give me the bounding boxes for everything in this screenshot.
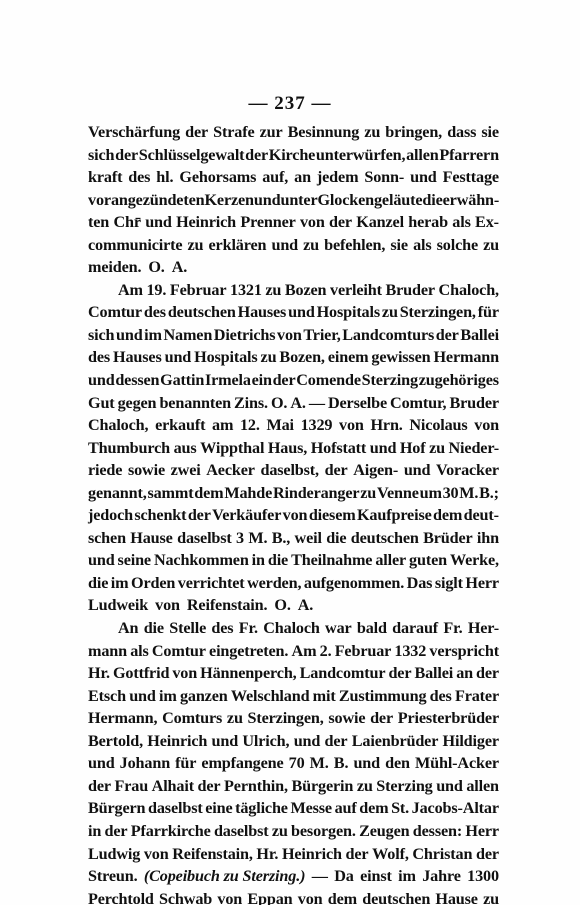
word: der: [476, 662, 499, 685]
word: 2.: [320, 640, 332, 663]
word: einem: [328, 346, 369, 369]
word: Aecker: [206, 459, 255, 482]
word: deutschen: [362, 888, 430, 905]
word: und: [116, 324, 143, 347]
word: Gut: [88, 392, 115, 415]
word: eine: [205, 797, 232, 820]
line-words: derFrauAlhaitderPernthin,BürgerinzuSterz…: [88, 775, 499, 798]
word: im: [144, 324, 162, 347]
text-line: ThumburchausWippthalHaus,HofstattundHofz…: [88, 437, 499, 460]
line-words: undseineNachkommenindieTheilnahmeallergu…: [88, 549, 499, 572]
text-line: genannt,sammtdemMahdeRinderangerzuVenneu…: [88, 482, 499, 505]
word: Pfarrkirche: [131, 820, 211, 843]
word: und: [353, 752, 380, 775]
text-line: LudweikvonReifenstain.O.A.: [88, 594, 499, 617]
word: Reifenstain,: [172, 843, 252, 866]
line-words: kraftdeshl.Gehorsamsauf,anjedemSonn-undF…: [88, 166, 499, 189]
word: Mühl-Acker: [415, 752, 499, 775]
line-words: genannt,sammtdemMahdeRinderangerzuVenneu…: [88, 482, 499, 505]
line-words: vorangezündetenKerzenundunterGlockengelä…: [88, 189, 499, 212]
word: verspricht: [429, 640, 499, 663]
word: Comtur,: [390, 392, 446, 415]
word: war: [325, 617, 352, 640]
word: auf: [335, 797, 357, 820]
word: und: [165, 346, 192, 369]
word: sich: [88, 324, 114, 347]
line-words: BürgerndaselbsteinetäglicheMesseaufdemSt…: [88, 797, 499, 820]
word: zu: [303, 234, 319, 257]
line-words: VerschärfungderStrafezurBesinnungzubring…: [88, 121, 499, 144]
word: Comturs: [162, 707, 222, 730]
word: im: [398, 865, 416, 888]
word: tägliche: [235, 797, 288, 820]
line-words: ComturdesdeutschenHausesundHospitalszuSt…: [88, 301, 499, 324]
text-line: Chaloch,erkauftam12.Mai1329vonHrn.Nicola…: [88, 414, 499, 437]
word: Perchtold: [88, 888, 154, 905]
word: O.: [274, 594, 290, 617]
word: dem: [433, 504, 462, 527]
word: Pfarrern: [439, 144, 499, 167]
word: Hause: [435, 888, 477, 905]
word: Besinnung: [288, 121, 360, 144]
word: im: [159, 685, 177, 708]
line-words: Chaloch,erkauftam12.Mai1329vonHrn.Nicola…: [88, 414, 499, 437]
text-line: BürgerndaselbsteinetäglicheMesseaufdemSt…: [88, 797, 499, 820]
line-words: riedesowiezweiAeckerdaselbst,derAigen-un…: [88, 459, 499, 482]
line-words: unddessenGattinIrmelaeinderComendeSterzi…: [88, 369, 499, 392]
text-line: Hr.GottfridvonHännenperch,LandcomturderB…: [88, 662, 499, 685]
word: Bertold,: [88, 730, 143, 753]
book-page: — 237 — VerschärfungderStrafezurBesinnun…: [0, 0, 580, 905]
word: einst: [360, 865, 392, 888]
word: deut-: [464, 504, 499, 527]
line-words: LudweikvonReifenstain.O.A.: [88, 594, 499, 617]
line-words: mannalsComtureingetreten.Am2.Februar1332…: [88, 640, 499, 663]
word: Trier,: [303, 324, 340, 347]
text-line: derFrauAlhaitderPernthin,BürgerinzuSterz…: [88, 775, 499, 798]
word: Bruder: [449, 392, 498, 415]
word: für: [175, 752, 196, 775]
text-line: sichderSchlüsselgewaltderKircheunterwürf…: [88, 144, 499, 167]
word: und: [212, 730, 239, 753]
word: O.: [271, 392, 287, 415]
word: im: [111, 572, 129, 595]
word: daselbst,: [260, 459, 318, 482]
line-words: LudwigvonReifenstain,Hr.HeinrichderWolf,…: [88, 843, 499, 866]
word: benannten: [159, 392, 231, 415]
word: B.;: [479, 482, 499, 505]
word: Fr.: [239, 617, 258, 640]
word: Aigen-: [353, 459, 398, 482]
word: Ex-: [475, 211, 499, 234]
word: von: [172, 662, 197, 685]
word: Hause: [130, 527, 172, 550]
word: Hrn.: [370, 414, 402, 437]
word: Jahre: [422, 865, 461, 888]
word: solche: [437, 234, 478, 257]
word: verrichtet: [178, 572, 245, 595]
word: 19.: [146, 279, 166, 302]
word: Bozen,: [279, 346, 324, 369]
text-line: meiden.O.A.: [88, 256, 499, 279]
word: Johann: [120, 752, 170, 775]
text-line: inderPfarrkirchedaselbstzubesorgen.Zeuge…: [88, 820, 499, 843]
line-words: sichundimNamenDietrichsvonTrier,Landcomt…: [88, 324, 499, 347]
word: an: [294, 166, 311, 189]
word: erwähn-: [443, 189, 500, 212]
word: Alhait: [152, 775, 194, 798]
word: Prenner: [240, 211, 295, 234]
word: Gehorsams: [179, 166, 256, 189]
text-line: dieimOrdenverrichtetwerden,aufgenommen.D…: [88, 572, 499, 595]
word: mit: [313, 685, 336, 708]
text-line: Bertold,HeinrichundUlrich,undderLaienbrü…: [88, 730, 499, 753]
word: des: [144, 301, 166, 324]
word: meiden.: [88, 256, 141, 279]
word: M.: [459, 482, 478, 505]
word: der: [88, 775, 111, 798]
word: A.: [172, 256, 187, 279]
word: zu: [227, 707, 243, 730]
word: am: [212, 414, 233, 437]
word: von: [155, 594, 180, 617]
word: Verkäufer: [212, 504, 281, 527]
word: Das: [407, 572, 433, 595]
word: und: [88, 549, 115, 572]
word: B.: [334, 752, 349, 775]
word: Nachkommen: [154, 549, 249, 572]
word: Messe: [290, 797, 332, 820]
word: Festtage: [443, 166, 499, 189]
word: Verschärfung: [88, 121, 180, 144]
word: riede: [88, 459, 122, 482]
word: Ludwig: [88, 843, 140, 866]
word: des: [88, 346, 110, 369]
text-line: GutgegenbenanntenZins.O.A.—DerselbeComtu…: [88, 392, 499, 415]
word: Sterzing: [362, 369, 418, 392]
word: des: [211, 617, 233, 640]
word: Zeugen: [359, 820, 409, 843]
line-words: communicirtezuerklärenundzubefehlen,siea…: [88, 234, 499, 257]
word: von: [283, 504, 308, 527]
word: gegen: [118, 392, 157, 415]
word: Bozen: [285, 279, 327, 302]
word: zu: [360, 482, 376, 505]
word: Stelle: [169, 617, 206, 640]
word: siglt: [435, 572, 463, 595]
word: Chaloch,: [88, 414, 148, 437]
word: zu: [429, 437, 445, 460]
word: der: [346, 843, 369, 866]
word: der: [436, 324, 459, 347]
word: zu: [261, 346, 277, 369]
word: Herr: [465, 572, 499, 595]
word: Hännenperch,: [200, 662, 296, 685]
text-line: unddessenGattinIrmelaeinderComendeSterzi…: [88, 369, 499, 392]
word: Hauses: [113, 346, 162, 369]
text-line: desHausesundHospitalszuBozen,einemgewiss…: [88, 346, 499, 369]
line-words: Hermann,ComturszuSterzingen,sowiederPrie…: [88, 707, 499, 730]
word: dass: [447, 121, 476, 144]
word: Nicolaus: [409, 414, 467, 437]
word: M.: [248, 527, 267, 550]
word: und: [404, 459, 431, 482]
word: Hospitals: [317, 301, 380, 324]
word: kraft: [88, 166, 122, 189]
word: in: [252, 549, 265, 572]
line-words: GutgegenbenanntenZins.O.A.—DerselbeComtu…: [88, 392, 499, 415]
word: unterwürfen,: [316, 144, 405, 167]
word: als: [452, 211, 470, 234]
word: Heinrich: [282, 843, 342, 866]
citation-italic: (Copeibuch zu Sterzing.): [144, 865, 305, 888]
word: deutschen: [168, 301, 236, 324]
word: guten: [409, 549, 447, 572]
word: vor: [88, 189, 111, 212]
text-line: tenChr̄undHeinrichPrennervonderKanzelher…: [88, 211, 499, 234]
text-line: riedesowiezweiAeckerdaselbst,derAigen-un…: [88, 459, 499, 482]
word: Herr: [465, 820, 499, 843]
word: von: [217, 888, 242, 905]
word: Comtur: [152, 640, 206, 663]
word: Wippthal: [200, 437, 264, 460]
word: des: [430, 685, 452, 708]
word: daselbst: [214, 820, 269, 843]
word: dem: [359, 797, 388, 820]
word: in: [88, 820, 101, 843]
word: dem: [328, 888, 357, 905]
word: Bürgern: [88, 797, 145, 820]
word: und: [288, 301, 315, 324]
text-line: mannalsComtureingetreten.Am2.Februar1332…: [88, 640, 499, 663]
word: Sterzingen,: [400, 301, 476, 324]
word: Wolf,: [372, 843, 409, 866]
word: Zins.: [234, 392, 268, 415]
word: Hildiger: [443, 730, 499, 753]
word: 70: [289, 752, 305, 775]
word: Schlüsselgewalt: [139, 144, 245, 167]
word: O.: [148, 256, 164, 279]
line-words: desHausesundHospitalszuBozen,einemgewiss…: [88, 346, 499, 369]
word: der: [245, 144, 268, 167]
word: erkauft: [155, 414, 205, 437]
line-words: Am19.Februar1321zuBozenverleihtBruderCha…: [118, 279, 499, 302]
word: Hof: [400, 437, 426, 460]
word: Bürgerin: [291, 775, 353, 798]
line-words: ThumburchausWippthalHaus,HofstattundHofz…: [88, 437, 499, 460]
word: und: [294, 730, 321, 753]
word: unter: [280, 189, 317, 212]
text-line: undJohannfürempfangene70M.B.unddenMühl-A…: [88, 752, 499, 775]
word: angezündeten: [111, 189, 205, 212]
word: zugehöriges: [419, 369, 499, 392]
word: empfangene: [201, 752, 283, 775]
word: auf,: [262, 166, 288, 189]
line-words: dieimOrdenverrichtetwerden,aufgenommen.D…: [88, 572, 499, 595]
word: 12.: [240, 414, 260, 437]
word: A.: [290, 392, 305, 415]
word: befehlen,: [324, 234, 385, 257]
word: der: [185, 121, 208, 144]
word: An: [118, 617, 138, 640]
word: erklären: [209, 234, 267, 257]
word: Zustimmung: [339, 685, 427, 708]
word: jedoch: [88, 504, 133, 527]
word: Welschland: [231, 685, 310, 708]
word: und: [254, 189, 281, 212]
word: schen: [88, 527, 126, 550]
word: Ulrich,: [242, 730, 289, 753]
word: Werke,: [450, 549, 499, 572]
word: und: [410, 166, 437, 189]
word: von: [298, 888, 323, 905]
word: seine: [118, 549, 151, 572]
word: Irmela: [205, 369, 251, 392]
word: sowie: [128, 459, 165, 482]
word: B.,: [272, 527, 290, 550]
word: zu: [272, 820, 288, 843]
line-words: Bertold,HeinrichundUlrich,undderLaienbrü…: [88, 730, 499, 753]
line-words: PerchtoldSchwabvonEppanvondemdeutschenHa…: [88, 888, 499, 905]
word: Pernthin,: [224, 775, 288, 798]
word: sich: [88, 144, 114, 167]
word: diesem: [309, 504, 356, 527]
word: Ludweik: [88, 594, 148, 617]
word: der: [329, 211, 352, 234]
line-words: AndieStelledesFr.ChalochwarbalddaraufFr.…: [118, 617, 499, 640]
line-words: undJohannfürempfangene70M.B.unddenMühl-A…: [88, 752, 499, 775]
word: und: [370, 437, 397, 460]
word: dessen:: [413, 820, 462, 843]
word: Chaloch: [263, 617, 320, 640]
word: aufgenommen.: [304, 572, 404, 595]
word: Priesterbrüder: [398, 707, 499, 730]
paragraph-first-line: AndieStelledesFr.ChalochwarbalddaraufFr.…: [88, 617, 499, 640]
page-number: — 237 —: [0, 93, 580, 115]
word: ihn: [477, 527, 499, 550]
word: Venne: [377, 482, 419, 505]
word: Schwab: [159, 888, 212, 905]
text-line: Hermann,ComturszuSterzingen,sowiederPrie…: [88, 707, 499, 730]
word: M.: [310, 752, 329, 775]
word: als: [413, 234, 431, 257]
word: Dietrichs: [214, 324, 276, 347]
word: zu: [382, 301, 398, 324]
word: Reifenstain.: [187, 594, 267, 617]
word: darauf: [392, 617, 438, 640]
word: sie: [390, 234, 408, 257]
word: Voracker: [436, 459, 499, 482]
word: communicirte: [88, 234, 182, 257]
word: Da: [334, 865, 353, 888]
word: der: [325, 459, 348, 482]
word: Chr̄: [113, 211, 140, 234]
text-line: jedochschenktderVerkäufervondiesemKaufpr…: [88, 504, 499, 527]
line-words: inderPfarrkirchedaselbstzubesorgen.Zeuge…: [88, 820, 499, 843]
word: Landcomtur: [300, 662, 386, 685]
line-words: jedochschenktderVerkäufervondiesemKaufpr…: [88, 504, 499, 527]
word: und: [88, 752, 115, 775]
word: zu: [188, 234, 204, 257]
word: zu: [265, 279, 281, 302]
word: ten: [88, 211, 109, 234]
word: Hauses: [238, 301, 287, 324]
word: weil: [295, 527, 322, 550]
word: allen: [466, 775, 499, 798]
word: die: [144, 617, 164, 640]
word: —: [312, 865, 328, 888]
word: zu: [483, 888, 499, 905]
word: zwei: [171, 459, 201, 482]
word: die: [326, 527, 346, 550]
word: 3: [236, 527, 244, 550]
word: an: [456, 662, 473, 685]
text-line: Streun.(Copeibuch zu Sterzing.)—Daeinsti…: [88, 865, 499, 888]
word: Kirche: [269, 144, 315, 167]
word: bald: [357, 617, 387, 640]
word: aus: [174, 437, 197, 460]
word: 1300: [467, 865, 499, 888]
word: deutschen: [351, 527, 419, 550]
word: die: [422, 189, 442, 212]
line-words: Streun.(Copeibuch zu Sterzing.)—Daeinsti…: [88, 865, 499, 888]
word: Hr.: [88, 662, 110, 685]
word: herab: [408, 211, 448, 234]
word: verleiht: [330, 279, 382, 302]
word: der: [370, 707, 393, 730]
word: Hofstatt: [311, 437, 366, 460]
word: und: [145, 211, 172, 234]
word: von: [474, 414, 499, 437]
word: Mahde: [224, 482, 272, 505]
word: besorgen.: [291, 820, 356, 843]
line-words: EtschundimganzenWelschlandmitZustimmungd…: [88, 685, 499, 708]
word: und: [436, 775, 463, 798]
word: den: [385, 752, 410, 775]
word: hl.: [156, 166, 173, 189]
word: Comende: [296, 369, 361, 392]
word: sammt: [147, 482, 193, 505]
word: Landcomturs: [342, 324, 434, 347]
word: der: [198, 775, 221, 798]
word: Heinrich: [147, 730, 207, 753]
text-line: schenHausedaselbst3M.B.,weildiedeutschen…: [88, 527, 499, 550]
word: bringen,: [385, 121, 442, 144]
word: jedem: [317, 166, 359, 189]
word: —: [309, 392, 325, 415]
word: Sterzingen,: [248, 707, 324, 730]
word: Kaufpreise: [357, 504, 432, 527]
word: 1321: [230, 279, 262, 302]
text-line: undseineNachkommenindieTheilnahmeallergu…: [88, 549, 499, 572]
word: eingetreten.: [209, 640, 288, 663]
word: dessen: [115, 369, 159, 392]
word: aller: [375, 549, 406, 572]
word: Theilnahme: [291, 549, 372, 572]
word: Heinrich: [176, 211, 236, 234]
word: von: [300, 211, 325, 234]
word: als: [130, 640, 148, 663]
line-words: tenChr̄undHeinrichPrennervonderKanzelher…: [88, 211, 499, 234]
word: genannt,: [88, 482, 147, 505]
word: Februar: [170, 279, 227, 302]
text-line: ComturdesdeutschenHausesundHospitalszuSt…: [88, 301, 499, 324]
text-line: communicirtezuerklärenundzubefehlen,siea…: [88, 234, 499, 257]
word: 1329: [301, 414, 333, 437]
word: Mai: [266, 414, 293, 437]
word: Kanzel: [356, 211, 404, 234]
word: zu: [364, 121, 380, 144]
